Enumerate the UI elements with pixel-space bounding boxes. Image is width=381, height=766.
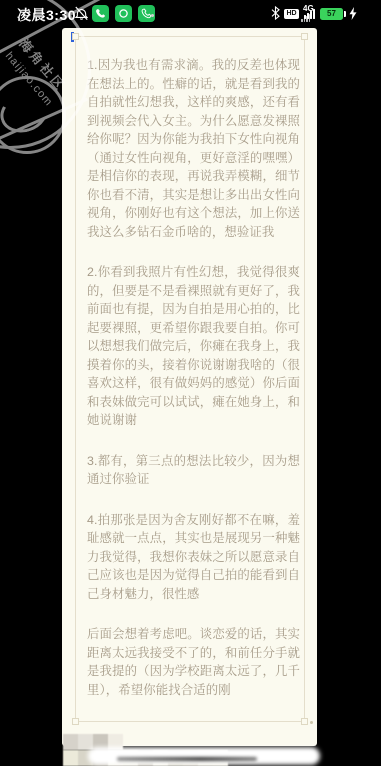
- record-circle-icon: [115, 5, 132, 22]
- mute-icon: [75, 6, 88, 26]
- status-bar: 凌晨3:30 HD 4G 57: [0, 0, 381, 28]
- wechat-call-icon: [92, 5, 109, 22]
- frame-corner-ornament: [301, 33, 308, 40]
- hd-voice-badge: HD: [284, 9, 299, 19]
- frame-corner-ornament: [72, 33, 79, 40]
- clock-time: 凌晨3:30: [17, 5, 76, 25]
- frame-corner-dot: [310, 721, 313, 724]
- stamp-logo-circle: [0, 76, 66, 154]
- note-paragraph-5: 后面会想着考虑吧。谈恋爱的话，其实距离太远我接受不了的，和前任分手就是我提的（因…: [87, 625, 300, 699]
- notification-dot: [151, 14, 154, 17]
- blurred-watermark-patch: [88, 747, 320, 765]
- watermark-en-text: haijiao.com: [3, 50, 55, 109]
- note-paragraph-1: 1.因为我也有需求滴。我的反差也体现在想法上的。性癖的话，就是看到我的自拍就性幻…: [87, 56, 300, 241]
- blurred-text-smudge: [117, 757, 257, 761]
- note-text-area[interactable]: 1.因为我也有需求滴。我的反差也体现在想法上的。性癖的话，就是看到我的自拍就性幻…: [87, 56, 300, 721]
- battery-nub: [344, 11, 346, 17]
- frame-corner-ornament: [72, 718, 79, 725]
- battery-indicator: 57: [320, 8, 343, 20]
- charging-bolt-icon: [349, 7, 357, 25]
- signal-bars-sim2: [304, 9, 315, 19]
- stamp-logo-curve: [0, 88, 53, 139]
- frame-corner-ornament: [301, 718, 308, 725]
- note-paragraph-4: 4.拍那张是因为舍友刚好都不在嘛，羞耻感就一点点，其实也是展现另一种魅力我觉得，…: [87, 511, 300, 604]
- note-paragraph-2: 2.你看到我照片有性幻想，我觉得很爽的，但要是不是看裸照就有更好了，我前面也有提…: [87, 263, 300, 430]
- memo-card: 1.因为我也有需求滴。我的反差也体现在想法上的。性癖的话，就是看到我的自拍就性幻…: [62, 28, 317, 746]
- note-paragraph-3: 3.都有，第三点的想法比较少，因为想通过你验证: [87, 452, 300, 489]
- bluetooth-icon: [271, 6, 280, 25]
